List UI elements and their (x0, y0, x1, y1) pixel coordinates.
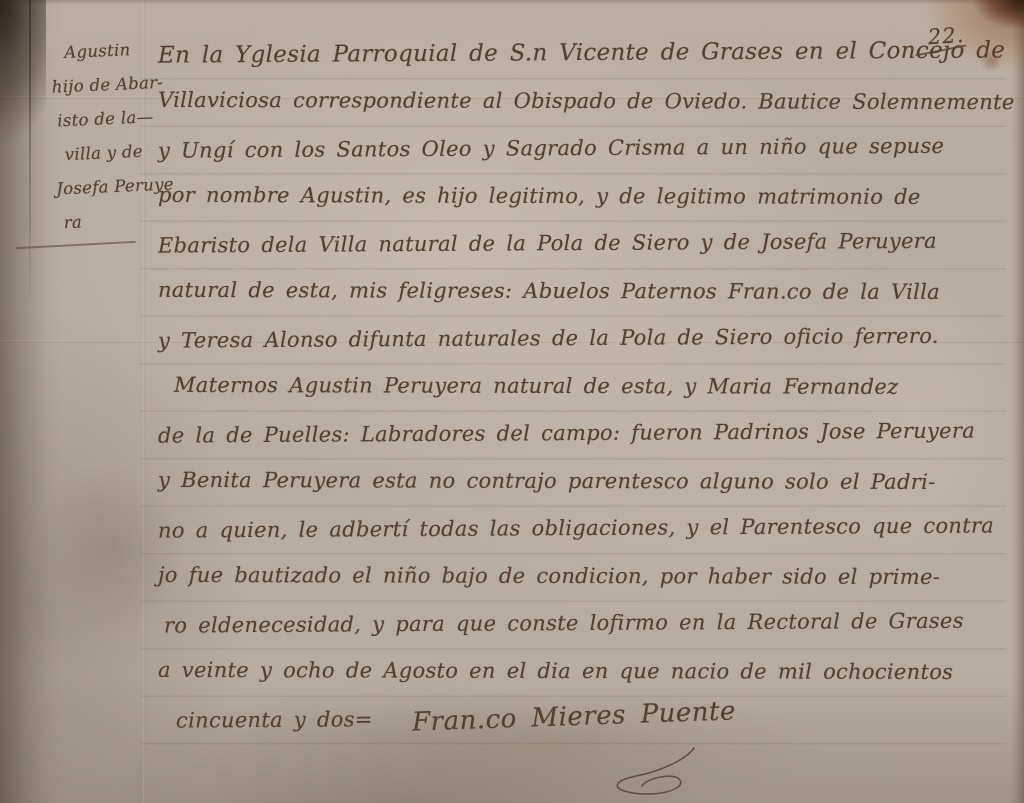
record-line: y Benita Peruyera esta no contrajo paren… (158, 456, 1006, 506)
record-line: Ebaristo dela Villa natural de la Pola d… (158, 217, 1006, 270)
record-text: En la Yglesia Parroquial de S.n Vicente … (158, 30, 1006, 743)
margin-note-line: isto de la— (53, 99, 172, 138)
manuscript-page: 22. Agustin hijo de Abar- isto de la— vi… (0, 0, 1024, 803)
record-line: natural de esta, mis feligreses: Abuelos… (158, 266, 1006, 316)
record-line: En la Yglesia Parroquial de S.n Vicente … (158, 27, 1006, 80)
record-line: Villaviciosa correspondiente al Obispado… (158, 76, 1006, 126)
margin-note-line: hijo de Abar- (51, 65, 170, 104)
record-line: por nombre Agustin, es hijo legitimo, y … (158, 171, 1006, 221)
record-line: de la de Puelles: Labradores del campo: … (158, 407, 1006, 460)
margin-note-line: Agustin (50, 32, 169, 71)
signature-rubric-flourish (598, 742, 708, 797)
record-line: Maternos Agustin Peruyera natural de est… (158, 361, 1006, 411)
binding-crease (29, 0, 31, 310)
record-line: jo fue bautizado el niño bajo de condici… (158, 551, 1006, 601)
record-line: y Ungí con los Santos Oleo y Sagrado Cri… (158, 122, 1006, 175)
record-line: y Teresa Alonso difunta naturales de la … (158, 312, 1006, 365)
margin-note-line: villa y de (54, 133, 173, 172)
book-binding-edge (0, 0, 46, 803)
record-line: no a quien, le adbertí todas las obligac… (158, 502, 1006, 555)
record-line: a veinte y ocho de Agosto en el dia en q… (158, 646, 1006, 696)
record-line: ro eldenecesidad, y para que conste lofi… (158, 597, 1006, 650)
page-right-edge (1011, 0, 1024, 803)
